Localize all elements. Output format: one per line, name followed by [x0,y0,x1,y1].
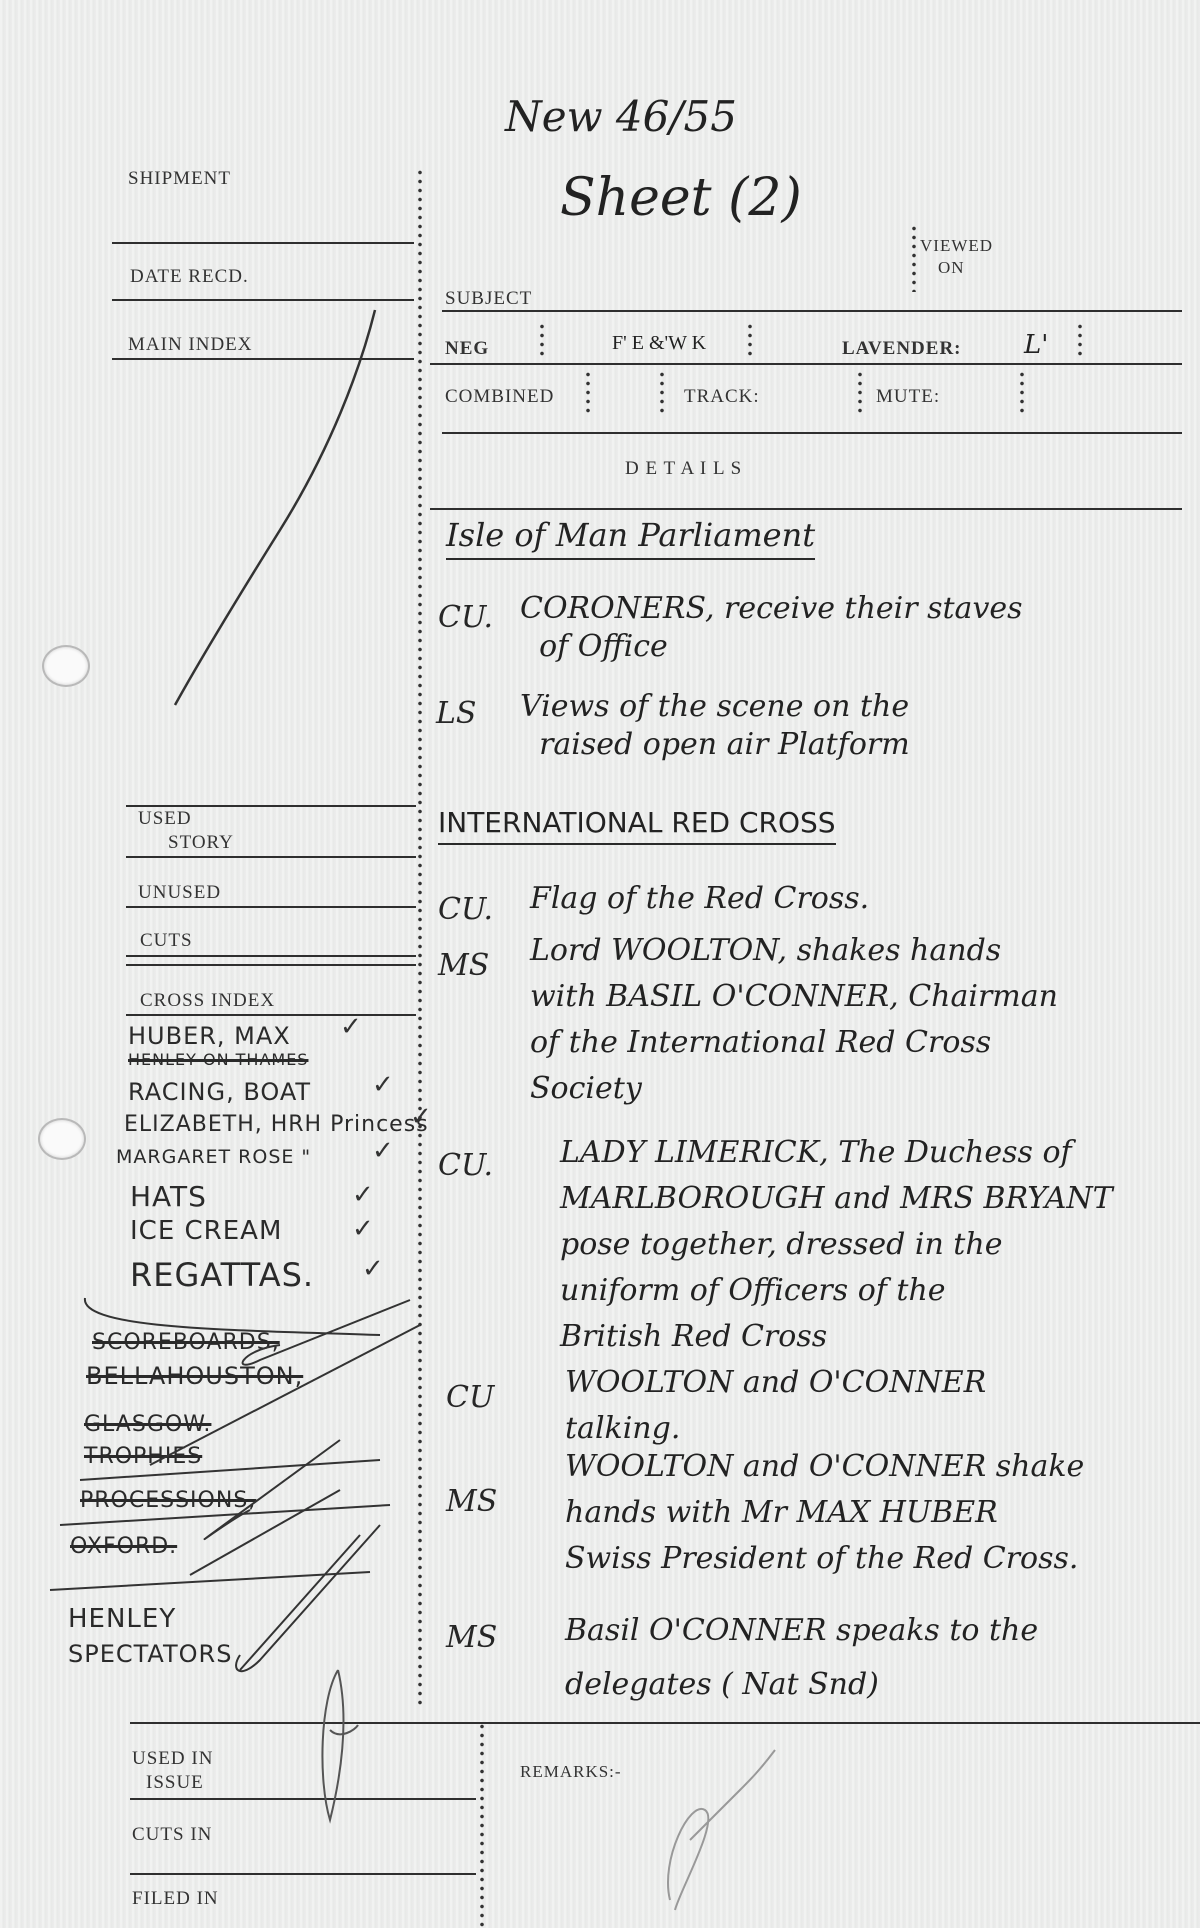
shot-type: MS [446,1484,497,1519]
neg-divider-2 [748,322,752,360]
cuts-line-2 [126,964,416,966]
shot-type: CU. [438,600,493,635]
story-label: STORY [168,832,234,854]
cuts-label: CUTS [140,930,193,952]
viewed-on-divider [912,224,916,292]
cross-index-entry-struck: HENLEY ON THAMES [128,1050,308,1069]
checkmark-icon: ✓ [340,1012,362,1042]
used-in-label: USED IN [132,1748,213,1770]
cross-index-entry: MARGARET ROSE " [116,1146,311,1168]
details-label: D E T A I L S [625,458,742,480]
cross-index-label: CROSS INDEX [140,990,275,1012]
strike-through-marks [40,1290,440,1710]
neg-value: F' E &'W K [612,332,706,355]
shot-description: Views of the scene on the raised open ai… [520,688,910,764]
viewed-label: VIEWED [920,236,993,256]
punch-hole-bottom [38,1118,86,1160]
shot-type: MS [446,1620,497,1655]
subject-label: SUBJECT [445,288,532,310]
section-heading: Isle of Man Parliament [446,516,815,560]
unused-label: UNUSED [138,882,221,904]
shot-description: WOOLTON and O'CONNER shake hands with Mr… [565,1444,1084,1582]
shot-description: CORONERS, receive their staves of Office [520,590,1023,666]
neg-divider-3 [1078,322,1082,360]
checkmark-icon: ✓ [352,1180,374,1210]
column-divider-bottom [480,1722,484,1928]
combined-label: COMBINED [445,386,554,408]
subject-line [442,310,1182,312]
neg-line [430,363,1182,365]
shot-type: CU. [438,892,493,927]
shipment-label: SHIPMENT [128,168,231,190]
date-received-label: DATE RECD. [130,266,249,288]
checkmark-icon: ✓ [410,1102,432,1132]
neg-label: NEG [445,338,489,360]
punch-hole-top [42,645,90,687]
on-label: ON [938,258,965,278]
shot-type: MS [438,948,489,983]
initials-mark [650,1740,790,1920]
shot-type: CU. [438,1148,493,1183]
neg-divider-1 [540,322,544,360]
used-top-line [126,805,416,807]
cross-index-entry: HATS [130,1180,207,1213]
section-heading: INTERNATIONAL RED CROSS [438,806,836,845]
signature-mark [300,1660,360,1830]
checkmark-icon: ✓ [362,1254,384,1284]
reference-number: New 46/55 [505,92,737,141]
issue-label: ISSUE [146,1772,204,1794]
cross-index-line [126,1014,416,1016]
cross-index-entry: RACING, BOAT [128,1078,311,1106]
shot-description: WOOLTON and O'CONNER talking. [565,1360,986,1452]
checkmark-icon: ✓ [372,1070,394,1100]
used-label: USED [138,808,192,830]
cross-index-entry: REGATTAS. [130,1256,314,1294]
checkmark-icon: ✓ [352,1214,374,1244]
pen-slash-mark [160,300,400,720]
used-story-line [126,856,416,858]
checkmark-icon: ✓ [372,1136,394,1166]
mute-label: MUTE: [876,386,940,408]
combined-divider-1 [586,370,590,414]
shot-type: CU [446,1380,494,1415]
combined-line [442,432,1182,434]
combined-divider-2 [660,370,664,414]
shot-description: Basil O'CONNER speaks to the delegates (… [565,1604,1038,1712]
track-label: TRACK: [684,386,760,408]
combined-divider-3 [858,370,862,414]
unused-line [126,906,416,908]
cross-index-entry: HUBER, MAX [128,1022,291,1050]
combined-divider-4 [1020,370,1024,414]
details-line [430,508,1182,510]
shot-description: LADY LIMERICK, The Duchess of MARLBOROUG… [560,1130,1113,1360]
bottom-section-top-line [130,1722,1200,1724]
shot-type: LS [436,696,476,731]
cuts-in-line [130,1873,476,1875]
shipment-line [112,242,414,244]
cross-index-entry: ICE CREAM [130,1216,282,1246]
neg-trailing-value: L' [1024,330,1048,360]
shot-description: Lord WOOLTON, shakes hands with BASIL O'… [530,928,1058,1112]
cuts-in-label: CUTS IN [132,1824,212,1846]
cross-index-entry: ELIZABETH, HRH Princess [124,1112,429,1137]
lavender-value: LAVENDER: [842,338,962,360]
remarks-label: REMARKS:- [520,1762,622,1782]
sheet-number: Sheet (2) [560,168,802,228]
filed-in-label: FILED IN [132,1888,219,1910]
shot-description: Flag of the Red Cross. [530,880,869,918]
cuts-line [126,955,416,957]
